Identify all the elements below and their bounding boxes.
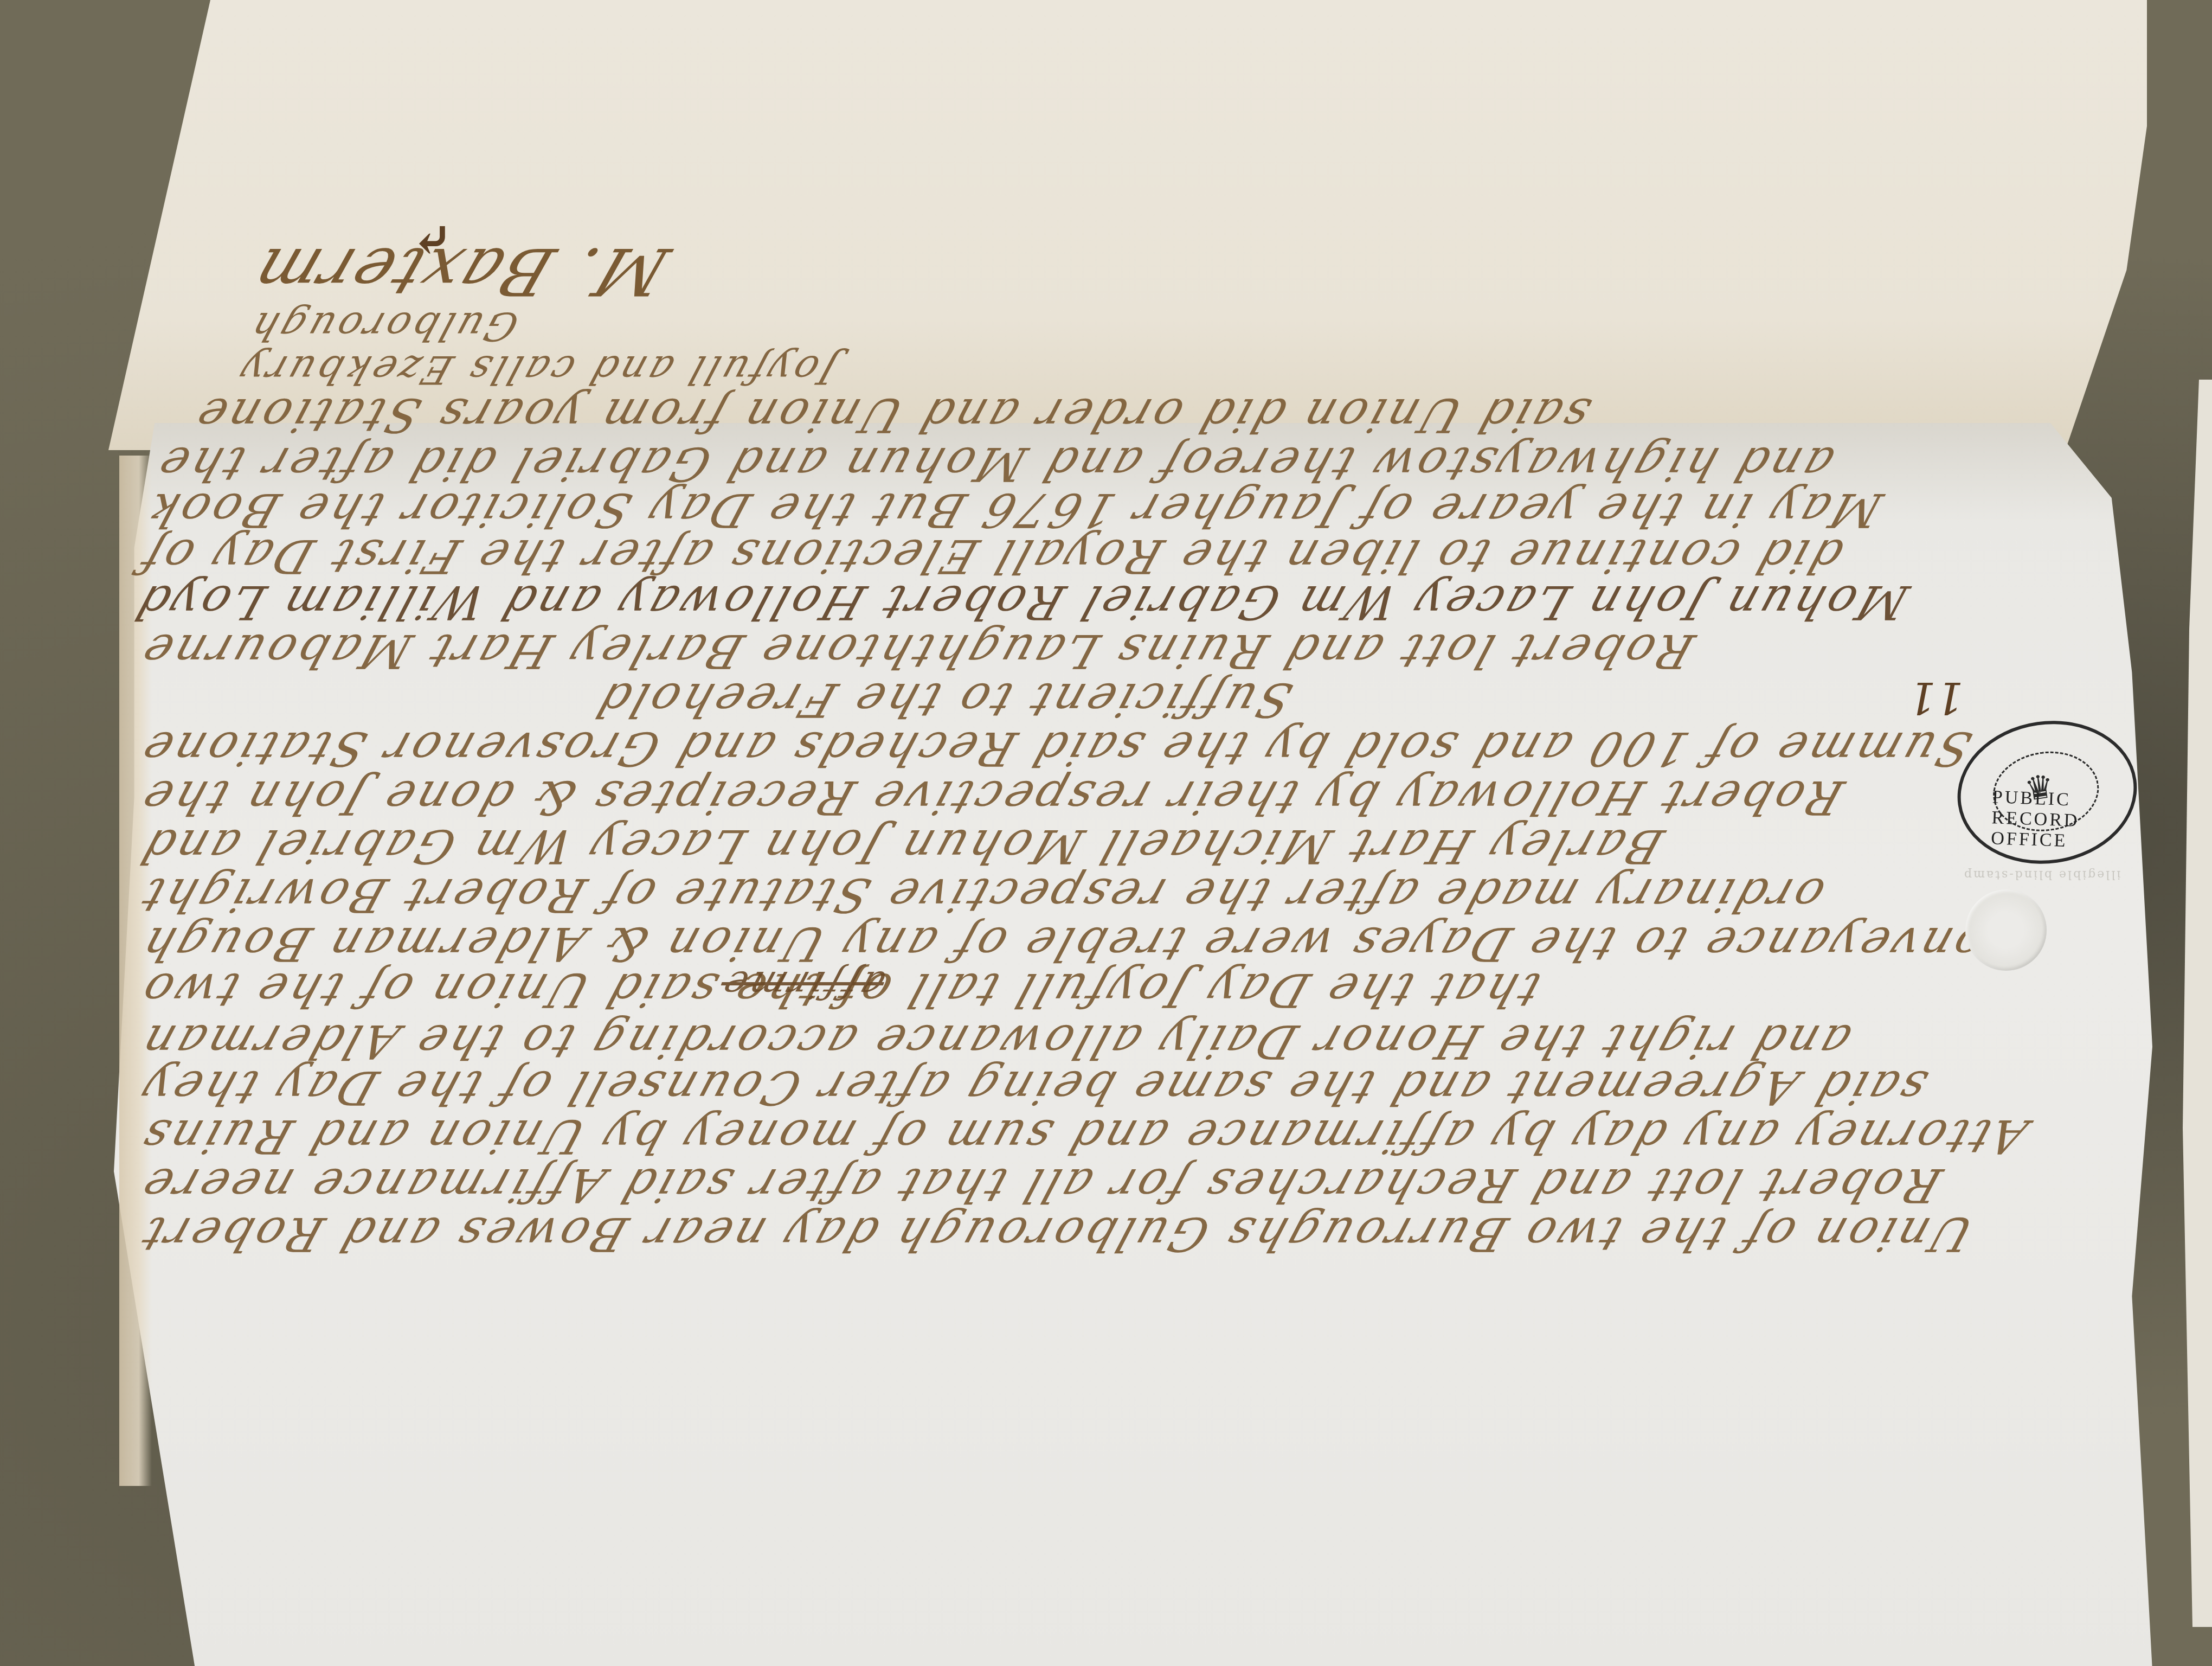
emboss-label: illegible blind-stamp	[1963, 868, 2120, 881]
text-line: Union of the two Burroughs Gulborough da…	[132, 1207, 1980, 1261]
text-line: Barley Hart Michaell Mohun John Lacey Wm…	[132, 819, 1670, 873]
text-line: Sufficient to the Freehold	[588, 672, 1299, 727]
stamp-label: PUBLIC RECORD OFFICE	[1991, 787, 2139, 854]
text-line: Summe of 100 and sold by the said Reched…	[132, 721, 1978, 776]
arrow-icon: ⤶	[412, 212, 453, 269]
text-line: Mohun John Lacey Wm Gabriel Robert Hollo…	[127, 575, 1915, 629]
text-line: said Agreement and the same being after …	[132, 1060, 1934, 1114]
struck-word: affirme	[714, 963, 891, 1007]
tudor-rose-emboss-icon	[1965, 889, 2047, 971]
text-line: Attorney any day by affirmance and sum o…	[132, 1109, 2034, 1163]
text-line: Joyfull and calls Ezekbury	[231, 347, 844, 393]
page-number: 11	[1908, 672, 1964, 723]
text-line: Robert Holloway by their respective Rece…	[132, 770, 1850, 824]
public-record-office-stamp: ♛ PUBLIC RECORD OFFICE	[1948, 709, 2146, 875]
signature: M. Baxterm	[241, 233, 679, 309]
manuscript-text: M. Baxterm ⤶ Gulborough Joyfull and call…	[0, 0, 2212, 1666]
text-line: Robert lott and Ruins Laughthtone Barley…	[132, 624, 1701, 678]
text-line: Gulborough	[242, 304, 524, 349]
text-line: said Union did order and Union from yoar…	[187, 388, 1597, 442]
text-line: Robert lott and Recharches for all that …	[132, 1158, 1949, 1212]
text-line: ordinary made after the respective Statu…	[132, 868, 1831, 922]
stamp-text: PUBLIC RECORD OFFICE	[1952, 713, 2143, 872]
